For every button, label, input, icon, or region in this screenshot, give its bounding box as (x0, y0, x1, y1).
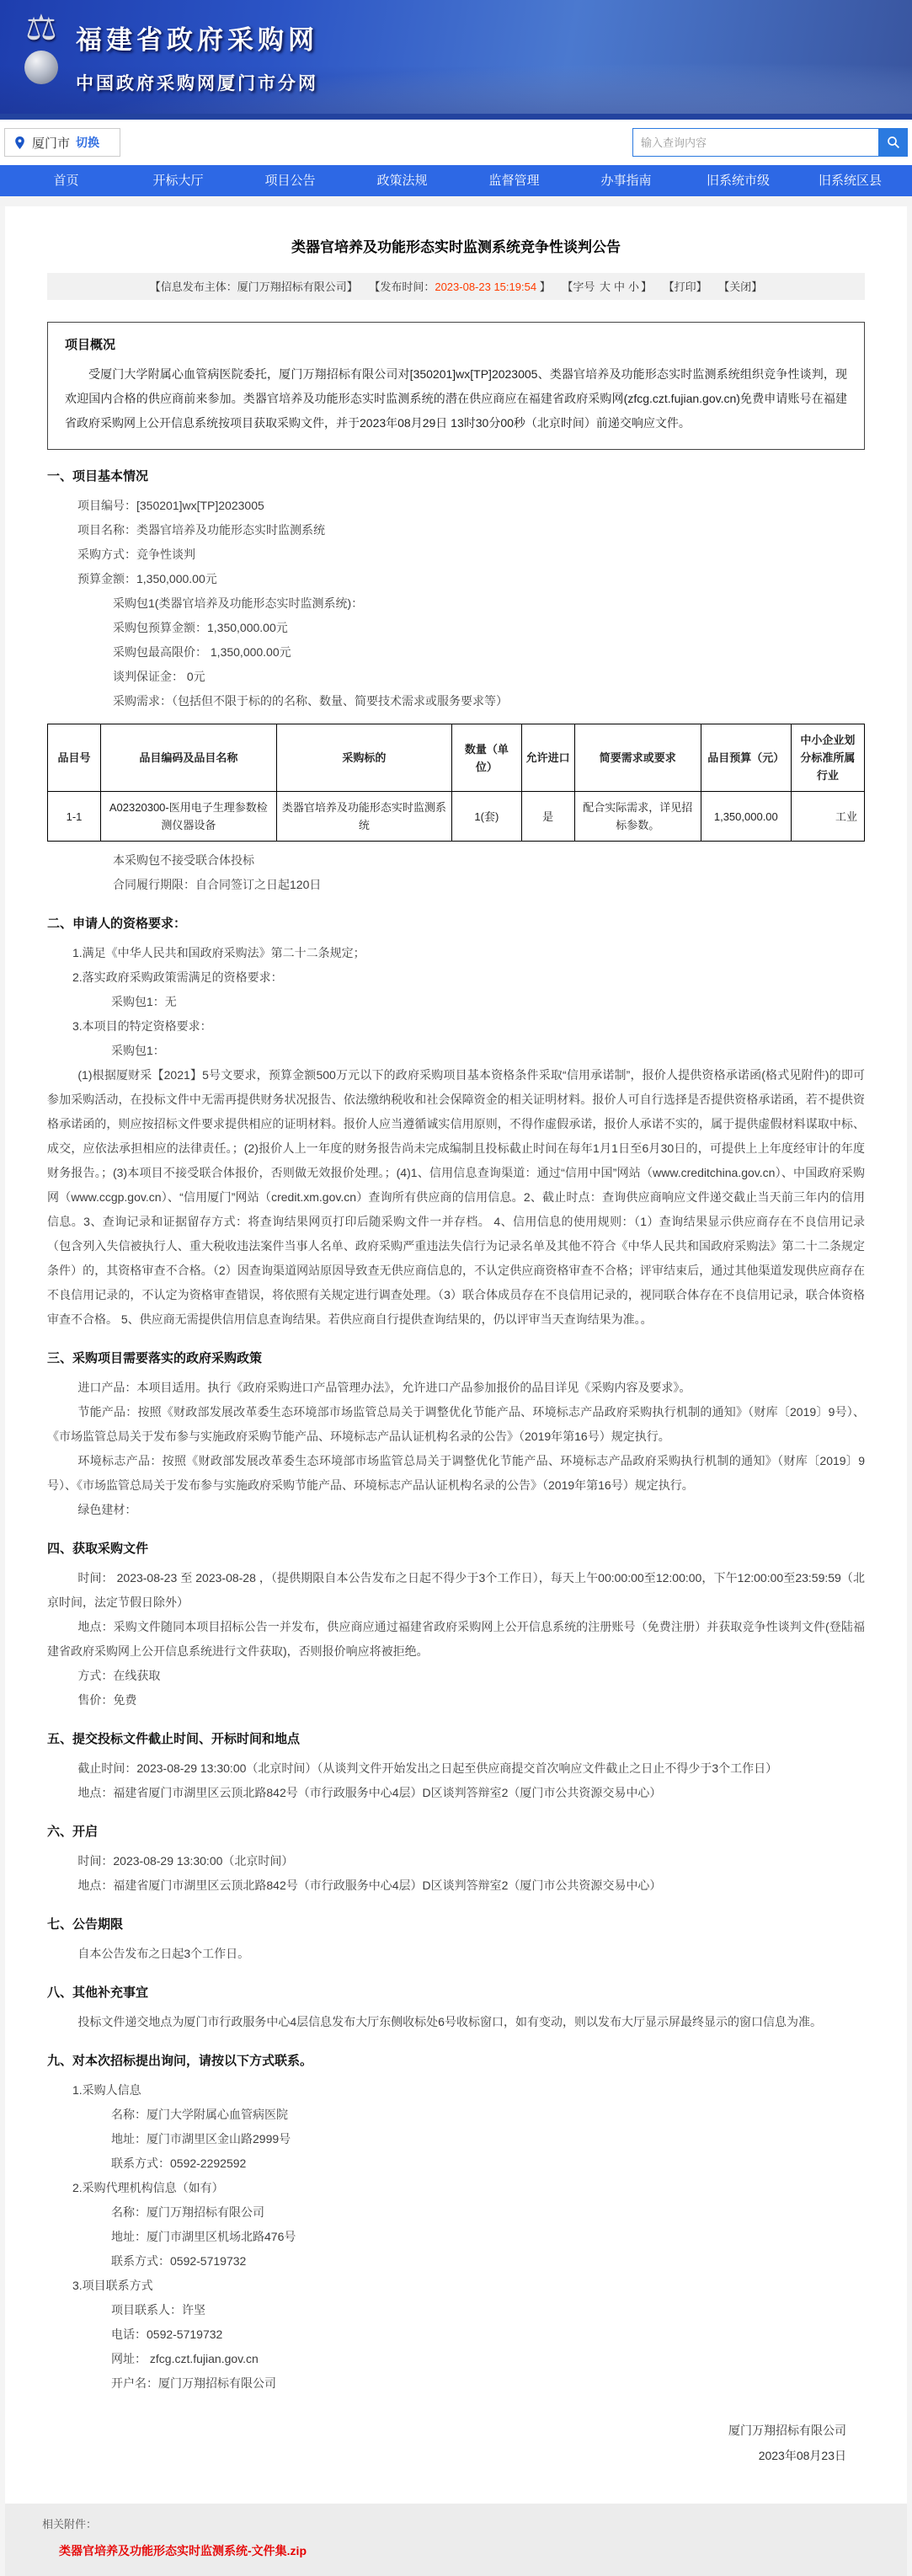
cell-industry: 工业 (791, 792, 864, 842)
section-4-heading: 四、获取采购文件 (47, 1537, 865, 1561)
project-contact-person: 项目联系人：许坚 (47, 2298, 865, 2322)
purchaser-contact: 联系方式：0592-2292592 (47, 2151, 865, 2176)
col-requirements: 简要需求或要求 (574, 724, 701, 792)
purchaser-address: 地址：厦门市湖里区金山路2999号 (47, 2127, 865, 2151)
nav-item-home[interactable]: 首页 (10, 165, 122, 196)
section-1-heading: 一、项目基本情况 (47, 464, 865, 489)
table-header-row: 品目号 品目编码及品目名称 采购标的 数量（单位） 允许进口 简要需求或要求 品… (48, 724, 865, 792)
nav-item-legacy-city[interactable]: 旧系统市级 (682, 165, 794, 196)
account-name: 开户名：厦门万翔招标有限公司 (47, 2371, 865, 2396)
opening-place: 地点：福建省厦门市湖里区云顶北路842号（市行政服务中心4层）D区谈判答辩室2（… (47, 1873, 865, 1898)
banner-text: 福建省政府采购网 中国政府采购网厦门市分网 (76, 19, 318, 95)
attachment-file-link[interactable]: 类器官培养及功能形态实时监测系统-文件集.zip (59, 2542, 307, 2559)
search-icon (886, 135, 901, 150)
cell-item-code-name: A02320300-医用电子生理参数检测仪器设备 (101, 792, 277, 842)
site-banner: ⚖ 福建省政府采购网 中国政府采购网厦门市分网 (0, 0, 912, 120)
cell-budget: 1,350,000.00 (701, 792, 791, 842)
requirement-note: 采购需求：（包括但不限于标的的名称、数量、简要技术需求或服务要求等） (47, 689, 865, 713)
publish-time-prefix: 【发布时间： (369, 281, 435, 293)
cell-requirements: 配合实际需求，详见招标参数。 (574, 792, 701, 842)
green-building-policy: 绿色建材： (47, 1498, 865, 1522)
project-number: 项目编号：[350201]wx[TP]2023005 (47, 494, 865, 518)
qualification-item-3: 3.本项目的特定资格要求： (47, 1014, 865, 1039)
procurement-method: 采购方式：竞争性谈判 (47, 542, 865, 567)
section-5-heading: 五、提交投标文件截止时间、开标时间和地点 (47, 1727, 865, 1751)
section-8-heading: 八、其他补充事宜 (47, 1980, 865, 2005)
project-name: 项目名称：类器官培养及功能形态实时监测系统 (47, 518, 865, 542)
opening-time: 时间：2023-08-29 13:30:00（北京时间） (47, 1849, 865, 1873)
agency-info-title: 2.采购代理机构信息（如有） (47, 2176, 865, 2200)
publisher-label: 【信息发布主体：厦门万翔招标有限公司】 (150, 281, 358, 293)
section-6-heading: 六、开启 (47, 1820, 865, 1844)
site-logo: ⚖ (15, 8, 67, 84)
submission-place: 地点：福建省厦门市湖里区云顶北路842号（市行政服务中心4层）D区谈判答辩室2（… (47, 1781, 865, 1805)
print-button[interactable]: 【打印】 (664, 281, 707, 293)
font-size-label: 【字号 (562, 281, 595, 293)
location-selector[interactable]: 厦门市 切换 (4, 128, 120, 157)
nav-item-legacy-district[interactable]: 旧系统区县 (794, 165, 906, 196)
scales-icon: ⚖ (15, 8, 67, 47)
nav-item-bid-hall[interactable]: 开标大厅 (122, 165, 234, 196)
specific-qualification-text: (1)根据厦财采【2021】5号文要求，预算金额500万元以下的政府采购项目基本… (47, 1063, 865, 1332)
col-industry: 中小企业划分标准所属行业 (791, 724, 864, 792)
items-table: 品目号 品目编码及品目名称 采购标的 数量（单位） 允许进口 简要需求或要求 品… (47, 724, 865, 842)
attachments-section: 相关附件： 类器官培养及功能形态实时监测系统-文件集.zip (5, 2504, 907, 2576)
agency-name: 名称：厦门万翔招标有限公司 (47, 2200, 865, 2225)
document-time: 时间： 2023-08-23 至 2023-08-28 ，（提供期限自本公告发布… (47, 1566, 865, 1615)
section-9-heading: 九、对本次招标提出询问，请按以下方式联系。 (47, 2049, 865, 2073)
supplementary-notice: 投标文件递交地点为厦门市行政服务中心4层信息发布大厅东侧收标处6号收标窗口，如有… (47, 2010, 865, 2034)
site-subtitle: 中国政府采购网厦门市分网 (76, 70, 318, 95)
table-row: 1-1 A02320300-医用电子生理参数检测仪器设备 类器官培养及功能形态实… (48, 792, 865, 842)
project-contact-phone: 电话：0592-5719732 (47, 2322, 865, 2347)
city-label: 厦门市 (32, 134, 70, 152)
font-size-large-button[interactable]: 大 (600, 281, 611, 293)
cell-item-no: 1-1 (48, 792, 101, 842)
main-nav: 首页 开标大厅 项目公告 政策法规 监督管理 办事指南 旧系统市级 旧系统区县 (0, 165, 912, 196)
signature-company: 厦门万翔招标有限公司 (47, 2418, 846, 2443)
page-title: 类器官培养及功能形态实时监测系统竞争性谈判公告 (47, 206, 865, 256)
publish-time: 【发布时间：2023-08-23 15:19:54 】 (369, 281, 550, 293)
agency-address: 地址：厦门市湖里区机场北路476号 (47, 2225, 865, 2249)
qualification-item-1: 1.满足《中华人民共和国政府采购法》第二十二条规定； (47, 941, 865, 965)
negotiation-deposit: 谈判保证金： 0元 (47, 665, 865, 689)
budget-amount: 预算金额：1,350,000.00元 (47, 567, 865, 591)
submission-deadline: 截止时间：2023-08-29 13:30:00（北京时间）（从谈判文件开始发出… (47, 1756, 865, 1781)
section-7-heading: 七、公告期限 (47, 1912, 865, 1937)
site-title: 福建省政府采购网 (76, 19, 318, 56)
publish-time-value: 2023-08-23 15:19:54 (435, 281, 536, 293)
col-item-code-name: 品目编码及品目名称 (101, 724, 277, 792)
font-size-medium-button[interactable]: 中 (614, 281, 625, 293)
switch-city-link[interactable]: 切换 (76, 134, 99, 151)
toolbar: 厦门市 切换 (0, 120, 912, 165)
announcement-period: 自本公告发布之日起3个工作日。 (47, 1942, 865, 1966)
announcement-article: 类器官培养及功能形态实时监测系统竞争性谈判公告 【信息发布主体：厦门万翔招标有限… (5, 206, 907, 2468)
purchaser-name: 名称：厦门大学附属心血管病医院 (47, 2103, 865, 2127)
overview-heading: 项目概况 (65, 333, 847, 357)
document-place: 地点：采购文件随同本项目招标公告一并发布，供应商应通过福建省政府采购网上公开信息… (47, 1615, 865, 1664)
publish-time-suffix: 】 (540, 281, 551, 293)
font-size-small-button[interactable]: 小 (628, 281, 639, 293)
globe-icon (24, 51, 58, 84)
search-bar (632, 128, 908, 157)
package-budget: 采购包预算金额：1,350,000.00元 (47, 616, 865, 640)
signature-date: 2023年08月23日 (47, 2443, 846, 2468)
cell-import-allowed: 是 (521, 792, 574, 842)
imported-products-policy: 进口产品：本项目适用。执行《政府采购进口产品管理办法》，允许进口产品参加报价的品… (47, 1376, 865, 1400)
project-overview-box: 项目概况 受厦门大学附属心血管病医院委托，厦门万翔招标有限公司对[350201]… (47, 322, 865, 450)
overview-text: 受厦门大学附属心血管病医院委托，厦门万翔招标有限公司对[350201]wx[TP… (65, 362, 847, 436)
package-max-price: 采购包最高限价： 1,350,000.00元 (47, 640, 865, 665)
cell-subject: 类器官培养及功能形态实时监测系统 (276, 792, 452, 842)
col-item-no: 品目号 (48, 724, 101, 792)
col-import-allowed: 允许进口 (521, 724, 574, 792)
purchaser-info-title: 1.采购人信息 (47, 2078, 865, 2103)
font-size-controls: 【字号 大中小】 (562, 281, 652, 293)
no-consortium-note: 本采购包不接受联合体投标 (47, 848, 865, 873)
nav-item-project-announcements[interactable]: 项目公告 (234, 165, 346, 196)
attachments-label: 相关附件： (42, 2514, 907, 2536)
energy-saving-policy: 节能产品：按照《财政部发展改革委生态环境部市场监管总局关于调整优化节能产品、环境… (47, 1400, 865, 1449)
section-2-heading: 二、申请人的资格要求： (47, 911, 865, 936)
nav-item-policies[interactable]: 政策法规 (346, 165, 458, 196)
project-contact-title: 3.项目联系方式 (47, 2274, 865, 2298)
font-size-suffix: 】 (641, 281, 652, 293)
signature-block: 厦门万翔招标有限公司 2023年08月23日 (47, 2418, 865, 2468)
document-method: 方式：在线获取 (47, 1664, 865, 1688)
section-3-heading: 三、采购项目需要落实的政府采购政策 (47, 1346, 865, 1371)
location-pin-icon (13, 136, 26, 150)
col-budget: 品目预算（元） (701, 724, 791, 792)
cell-quantity: 1(套) (452, 792, 521, 842)
nav-item-guide[interactable]: 办事指南 (570, 165, 682, 196)
project-contact-website: 网址： zfcg.czt.fujian.gov.cn (47, 2347, 865, 2371)
meta-bar: 【信息发布主体：厦门万翔招标有限公司】 【发布时间：2023-08-23 15:… (47, 273, 865, 300)
document-price: 售价：免费 (47, 1688, 865, 1713)
agency-contact: 联系方式：0592-5719732 (47, 2249, 865, 2274)
contract-period: 合同履行期限：自合同签订之日起120日 (47, 873, 865, 897)
col-subject: 采购标的 (276, 724, 452, 792)
qualification-package-label: 采购包1： (47, 1039, 865, 1063)
search-button[interactable] (878, 128, 908, 157)
divider (0, 196, 912, 206)
qualification-item-2: 2.落实政府采购政策需满足的资格要求： (47, 965, 865, 990)
nav-item-supervision[interactable]: 监督管理 (458, 165, 570, 196)
search-input[interactable] (632, 128, 878, 157)
environment-label-policy: 环境标志产品：按照《财政部发展改革委生态环境部市场监管总局关于调整优化节能产品、… (47, 1449, 865, 1498)
qualification-item-2-sub: 采购包1：无 (47, 990, 865, 1014)
content-card: 类器官培养及功能形态实时监测系统竞争性谈判公告 【信息发布主体：厦门万翔招标有限… (5, 206, 907, 2576)
close-button[interactable]: 【关闭】 (718, 281, 762, 293)
package-title: 采购包1(类器官培养及功能形态实时监测系统)： (47, 591, 865, 616)
col-quantity: 数量（单位） (452, 724, 521, 792)
